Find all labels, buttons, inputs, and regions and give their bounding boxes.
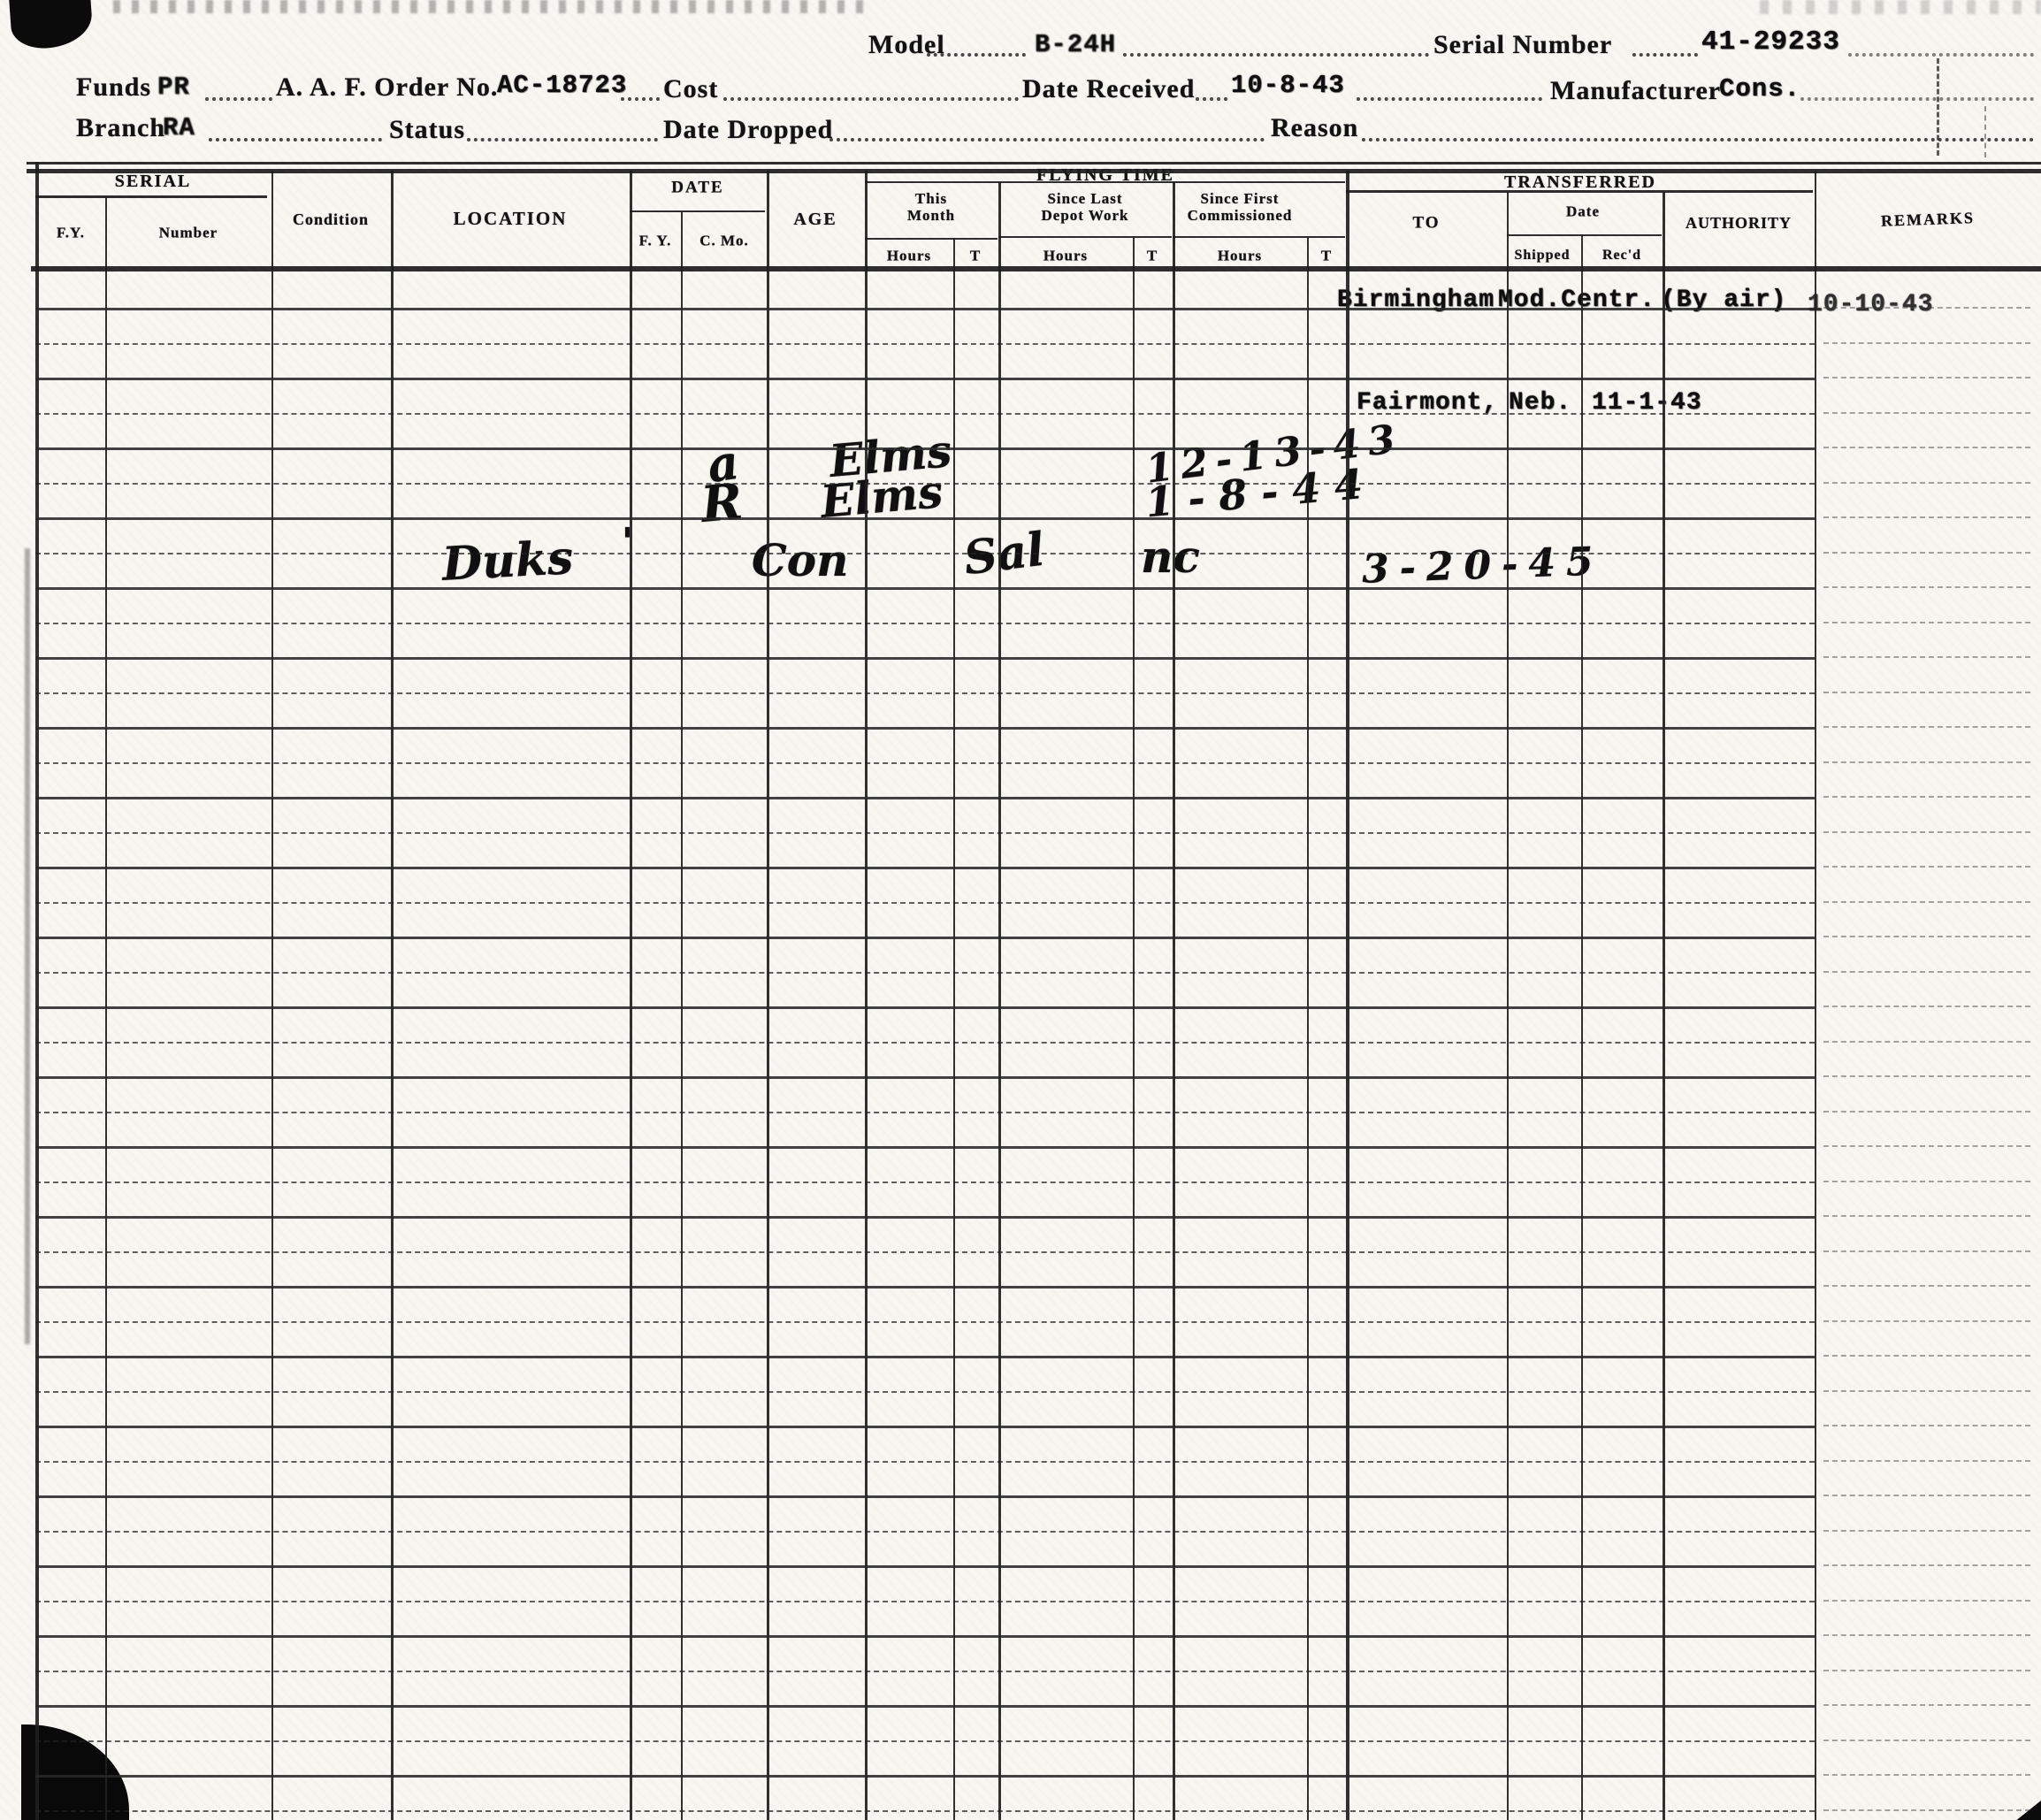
grid-line [35, 1321, 1815, 1323]
grid-line [767, 171, 769, 1820]
grid-line [35, 1495, 1815, 1498]
grid-line [27, 162, 2041, 164]
grid-line [35, 762, 1815, 764]
grid-line [35, 1461, 1815, 1463]
grid-line [1823, 622, 2030, 623]
grid-line [1823, 412, 2030, 414]
grid-line [865, 181, 1345, 183]
grid-line [35, 1006, 1815, 1009]
grid-line [35, 1251, 1815, 1253]
grid-line [1346, 171, 1349, 1820]
grid-line [1173, 182, 1175, 1820]
grid-line [1823, 901, 2030, 903]
grid-line [271, 171, 273, 1820]
grid-line [35, 1740, 1815, 1742]
grid-line [1823, 307, 2030, 309]
grid-line [35, 1810, 1815, 1812]
grid-line [35, 1181, 1815, 1183]
grid-line [1823, 1006, 2030, 1007]
grid-line [1815, 171, 1816, 1820]
grid-line [1823, 1075, 2030, 1077]
grid-line [1581, 235, 1583, 1820]
grid-line [1823, 1041, 2030, 1043]
ledger-grid [0, 0, 2041, 1820]
grid-line [35, 447, 1815, 450]
grid-line [1823, 1670, 2030, 1671]
grid-line [998, 236, 1172, 238]
grid-line [1823, 447, 2030, 448]
grid-line [630, 210, 765, 212]
grid-line [35, 517, 1815, 520]
grid-line [1823, 831, 2030, 833]
grid-line [1823, 342, 2030, 344]
grid-line [1823, 936, 2030, 937]
grid-line [35, 1076, 1815, 1079]
grid-line [35, 1426, 1815, 1428]
grid-line [35, 867, 1815, 869]
grid-line [35, 902, 1815, 904]
grid-line [1823, 1740, 2030, 1741]
grid-line [953, 239, 955, 1820]
grid-line [35, 162, 39, 1820]
grid-line [35, 1635, 1815, 1638]
grid-line [1133, 237, 1135, 1820]
grid-line [31, 266, 2041, 271]
grid-line [27, 169, 2041, 173]
grid-line [1823, 1774, 2030, 1776]
grid-line [391, 171, 394, 1820]
grid-line [35, 1356, 1815, 1358]
grid-line [1823, 1425, 2030, 1426]
aircraft-record-card: Model B-24H Serial Number 41-29233 Funds… [0, 0, 2041, 1820]
grid-line [1823, 761, 2030, 763]
grid-line [1823, 1145, 2030, 1147]
grid-line [35, 343, 1815, 345]
grid-line [35, 1601, 1815, 1602]
grid-line [1823, 1285, 2030, 1287]
grid-line [35, 1775, 1815, 1778]
grid-line [1823, 1215, 2030, 1217]
grid-line [1823, 377, 2030, 379]
grid-line [1823, 1634, 2030, 1636]
grid-line [865, 238, 998, 240]
grid-line [1823, 1355, 2030, 1357]
grid-line [1823, 692, 2030, 693]
grid-line [35, 413, 1815, 415]
grid-line [35, 553, 1815, 554]
grid-line [35, 832, 1815, 834]
grid-line [35, 1042, 1815, 1044]
grid-line [35, 1391, 1815, 1393]
grid-line [1823, 796, 2030, 798]
grid-line [1823, 1181, 2030, 1182]
grid-line [35, 1146, 1815, 1149]
grid-line [35, 1671, 1815, 1672]
grid-line [35, 1216, 1815, 1219]
grid-line [35, 692, 1815, 694]
grid-line [630, 171, 632, 1820]
grid-line [681, 212, 683, 1820]
grid-line [1823, 1564, 2030, 1566]
grid-line [35, 727, 1815, 730]
grid-line [35, 972, 1815, 974]
grid-line [1823, 1809, 2030, 1811]
grid-line [1823, 1320, 2030, 1322]
grid-line [1823, 1250, 2030, 1252]
grid-line [1823, 516, 2030, 518]
grid-line [35, 797, 1815, 799]
grid-line [1823, 726, 2030, 728]
grid-line [1507, 234, 1662, 236]
grid-line [35, 378, 1815, 380]
grid-line [1823, 552, 2030, 554]
grid-line [1823, 1704, 2030, 1706]
grid-line [1823, 866, 2030, 868]
grid-line [1823, 1390, 2030, 1392]
grid-line [35, 1705, 1815, 1708]
grid-line [1823, 586, 2030, 588]
grid-line [35, 623, 1815, 624]
grid-line [1823, 656, 2030, 658]
grid-line [35, 937, 1815, 939]
grid-line [35, 308, 1815, 310]
grid-line [1173, 236, 1345, 238]
grid-line [35, 195, 267, 198]
grid-line [998, 182, 1001, 1820]
grid-line [1823, 971, 2030, 973]
grid-line [35, 1286, 1815, 1289]
grid-line [35, 1112, 1815, 1113]
grid-line [1346, 190, 1813, 193]
grid-line [1307, 237, 1309, 1820]
grid-line [35, 1531, 1815, 1533]
grid-line [1823, 1530, 2030, 1532]
grid-line [1823, 1600, 2030, 1602]
grid-line [1823, 1460, 2030, 1462]
grid-line [1823, 482, 2030, 484]
grid-line [1823, 1495, 2030, 1496]
grid-line [865, 171, 868, 1820]
grid-line [1823, 1111, 2030, 1113]
grid-line [35, 483, 1815, 485]
grid-line [35, 657, 1815, 660]
grid-line [35, 587, 1815, 590]
grid-line [35, 1565, 1815, 1568]
